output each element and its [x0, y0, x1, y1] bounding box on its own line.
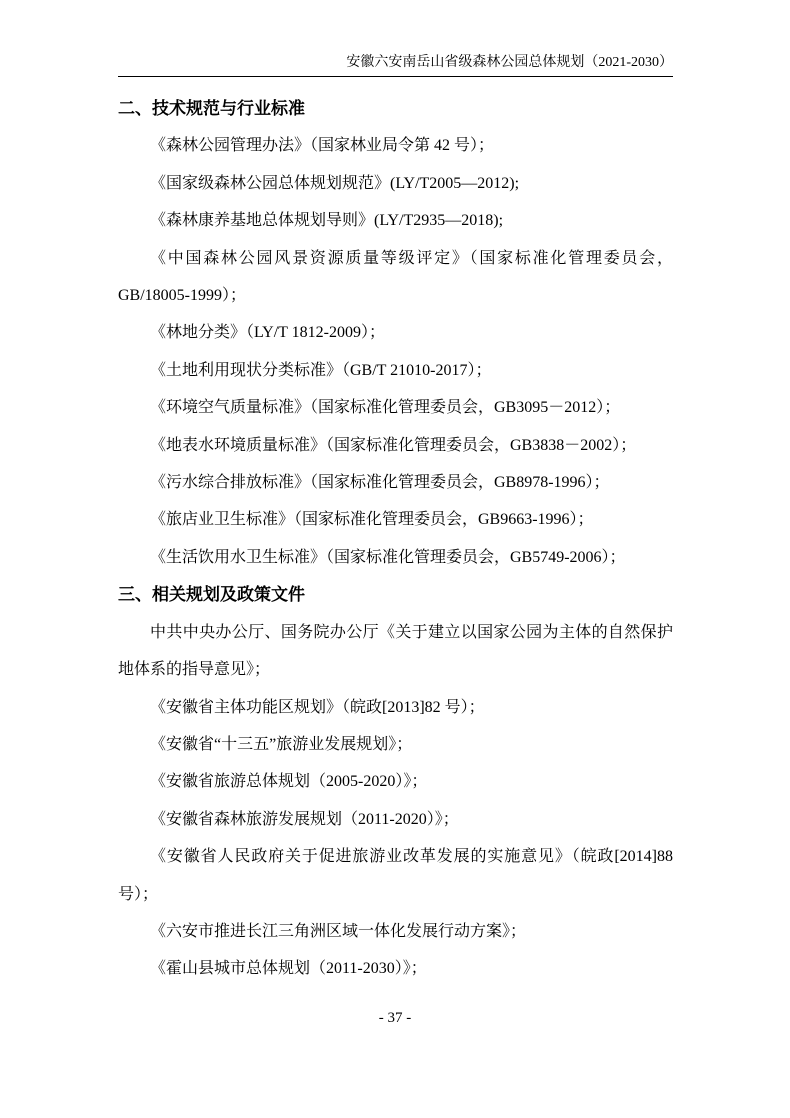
list-item: 《森林康养基地总体规划导则》(LY/T2935—2018); [118, 202, 673, 239]
list-item: 《安徽省人民政府关于促进旅游业改革发展的实施意见》（皖政[2014]88 号）； [118, 838, 673, 913]
list-item: 《安徽省主体功能区规划》（皖政[2013]82 号）； [118, 689, 673, 726]
section-heading-related-plans: 三、相关规划及政策文件 [118, 576, 673, 613]
section-heading-technical-standards: 二、技术规范与行业标准 [118, 90, 673, 127]
list-item: 《林地分类》（LY/T 1812-2009）； [118, 314, 673, 351]
running-title: 安徽六安南岳山省级森林公园总体规划（2021-2030） [346, 55, 673, 70]
document-page: 安徽六安南岳山省级森林公园总体规划（2021-2030） 二、技术规范与行业标准… [0, 0, 790, 1118]
list-item: 《国家级森林公园总体规划规范》(LY/T2005—2012); [118, 165, 673, 202]
page-header: 安徽六安南岳山省级森林公园总体规划（2021-2030） [118, 0, 673, 77]
list-item: 《安徽省森林旅游发展规划（2011-2020）》； [118, 801, 673, 838]
list-item: 《土地利用现状分类标准》（GB/T 21010-2017）； [118, 352, 673, 389]
list-item: 《森林公园管理办法》（国家林业局令第 42 号）； [118, 127, 673, 164]
list-item: 《中国森林公园风景资源质量等级评定》（国家标准化管理委员会，GB/18005-1… [118, 240, 673, 315]
list-item: 《生活饮用水卫生标准》（国家标准化管理委员会，GB5749-2006）； [118, 539, 673, 576]
document-body: 二、技术规范与行业标准 《森林公园管理办法》（国家林业局令第 42 号）； 《国… [118, 77, 673, 988]
list-item: 《安徽省“十三五”旅游业发展规划》； [118, 726, 673, 763]
list-item: 《污水综合排放标准》（国家标准化管理委员会，GB8978-1996）； [118, 464, 673, 501]
list-item: 《霍山县城市总体规划（2011-2030）》； [118, 950, 673, 987]
list-item: 《六安市推进长江三角洲区域一体化发展行动方案》； [118, 913, 673, 950]
list-item: 《地表水环境质量标准》（国家标准化管理委员会，GB3838－2002）； [118, 427, 673, 464]
list-item: 《环境空气质量标准》（国家标准化管理委员会，GB3095－2012）； [118, 389, 673, 426]
list-item: 中共中央办公厅、国务院办公厅《关于建立以国家公园为主体的自然保护地体系的指导意见… [118, 614, 673, 689]
list-item: 《旅店业卫生标准》（国家标准化管理委员会，GB9663-1996）； [118, 501, 673, 538]
page-number: - 37 - [0, 1008, 790, 1028]
list-item: 《安徽省旅游总体规划（2005-2020）》； [118, 763, 673, 800]
